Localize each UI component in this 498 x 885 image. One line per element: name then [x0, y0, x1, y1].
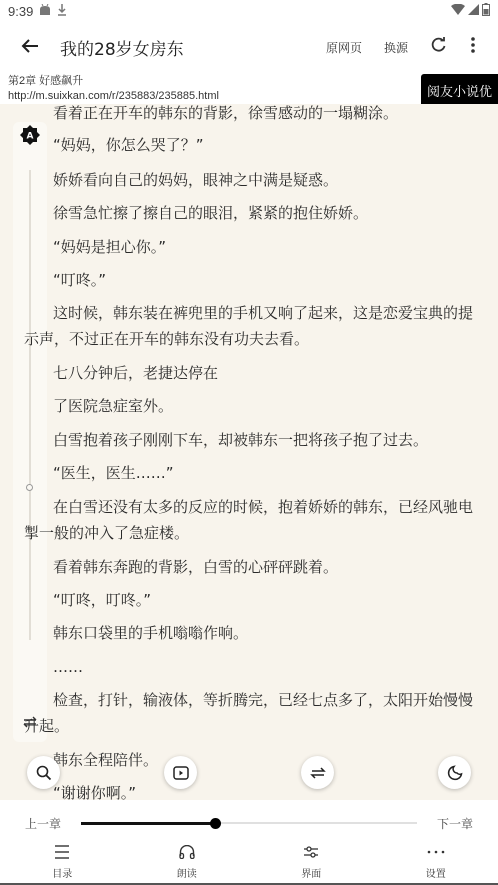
- nav-read-aloud-label: 朗读: [177, 865, 197, 880]
- side-slider-thumb[interactable]: [26, 484, 33, 491]
- swap-arrows-icon: [310, 766, 326, 780]
- book-title: 我的28岁女房东: [60, 35, 326, 60]
- paragraph: “叮咚，叮咚。”: [53, 587, 483, 613]
- paragraph: 检查，打针，输液体，等折腾完，已经七点多了，太阳开始慢慢升起。: [24, 687, 484, 739]
- moon-icon: [447, 765, 463, 781]
- nav-catalog-label: 目录: [52, 865, 72, 880]
- svg-text:A: A: [27, 132, 34, 142]
- nav-settings[interactable]: 设置: [374, 842, 498, 880]
- android-icon: [39, 4, 51, 18]
- battery-icon: [482, 3, 490, 19]
- source-badge[interactable]: 阅友小说优: [421, 74, 498, 107]
- progress-thumb[interactable]: [210, 818, 221, 829]
- more-horizontal-icon: [427, 842, 445, 862]
- back-button[interactable]: [0, 35, 60, 60]
- progress-slider[interactable]: [81, 822, 417, 824]
- paragraph: 韩东口袋里的手机嗡嗡作响。: [53, 620, 483, 646]
- app-bar: 我的28岁女房东 原网页 换源: [0, 22, 498, 72]
- change-source-button[interactable]: 换源: [384, 39, 408, 56]
- paragraph: “妈妈是担心你。”: [53, 234, 483, 260]
- reading-content[interactable]: A 看着正在开车的韩东的背影，徐雪感动的一塌糊涂。“妈妈，你怎么哭了？”娇娇看向…: [0, 104, 498, 800]
- progress-fill: [81, 822, 215, 825]
- download-icon: [57, 4, 67, 19]
- paragraph: “谢谢你啊。”: [53, 780, 483, 800]
- auto-brightness-icon[interactable]: A: [20, 125, 40, 145]
- paragraph: 娇娇看向自己的妈妈，眼神之中满是疑惑。: [53, 167, 483, 193]
- sliders-icon: [303, 842, 319, 862]
- paragraph: 在白雪还没有太多的反应的时候，抱着娇娇的韩东，已经风驰电掣一般的冲入了急症楼。: [24, 494, 484, 546]
- status-bar: 9:39: [0, 0, 498, 22]
- bottom-bar: 上一章 下一章 目录 朗读 界面: [0, 800, 498, 885]
- paragraph: 这时候，韩东装在裤兜里的手机又响了起来，这是恋爱宝典的提示声，不过正在开车的韩东…: [24, 300, 484, 352]
- chapter-progress: 上一章 下一章: [0, 813, 498, 833]
- paragraph: 徐雪急忙擦了擦自己的眼泪，紧紧的抱住娇娇。: [53, 200, 483, 226]
- paragraph: 七八分钟后，老捷达停在: [53, 360, 483, 386]
- side-scroll-track[interactable]: [29, 170, 31, 640]
- nav-settings-label: 设置: [426, 865, 446, 880]
- paragraph: 看着正在开车的韩东的背影，徐雪感动的一塌糊涂。: [53, 104, 483, 126]
- more-button[interactable]: [456, 37, 490, 58]
- night-mode-fab[interactable]: [438, 756, 471, 789]
- swap-horizontal-icon[interactable]: [23, 716, 37, 732]
- bottom-nav: 目录 朗读 界面 设置: [0, 842, 498, 880]
- next-chapter-button[interactable]: 下一章: [437, 815, 473, 832]
- paragraph: 白雪抱着孩子刚刚下车，却被韩东一把将孩子抱了过去。: [53, 427, 483, 453]
- play-box-icon: [173, 766, 189, 780]
- nav-interface-label: 界面: [301, 865, 321, 880]
- signal-icon: [468, 4, 479, 18]
- refresh-button[interactable]: [422, 37, 456, 58]
- status-time: 9:39: [8, 4, 33, 19]
- prev-chapter-button[interactable]: 上一章: [25, 815, 61, 832]
- paragraph: 韩东全程陪伴。: [53, 747, 483, 773]
- nav-catalog[interactable]: 目录: [0, 842, 125, 880]
- more-vertical-icon: [471, 37, 475, 53]
- paragraph: “叮咚。”: [53, 267, 483, 293]
- paragraph: 看着韩东奔跑的背影，白雪的心砰砰跳着。: [53, 554, 483, 580]
- paragraph: 了医院急症室外。: [53, 393, 483, 419]
- search-icon: [36, 765, 52, 781]
- nav-read-aloud[interactable]: 朗读: [125, 842, 250, 880]
- auto-page-fab[interactable]: [164, 756, 197, 789]
- paragraph: “医生，医生……”: [53, 460, 483, 486]
- search-fab[interactable]: [27, 756, 60, 789]
- replace-fab[interactable]: [301, 756, 334, 789]
- paragraph: “妈妈，你怎么哭了？”: [53, 132, 483, 158]
- arrow-left-icon: [21, 38, 39, 54]
- wifi-icon: [451, 4, 465, 18]
- refresh-icon: [431, 37, 447, 53]
- headphones-icon: [179, 842, 195, 862]
- original-page-button[interactable]: 原网页: [326, 39, 362, 56]
- menu-list-icon: [54, 842, 70, 862]
- paragraph: ……: [53, 654, 483, 680]
- nav-interface[interactable]: 界面: [249, 842, 374, 880]
